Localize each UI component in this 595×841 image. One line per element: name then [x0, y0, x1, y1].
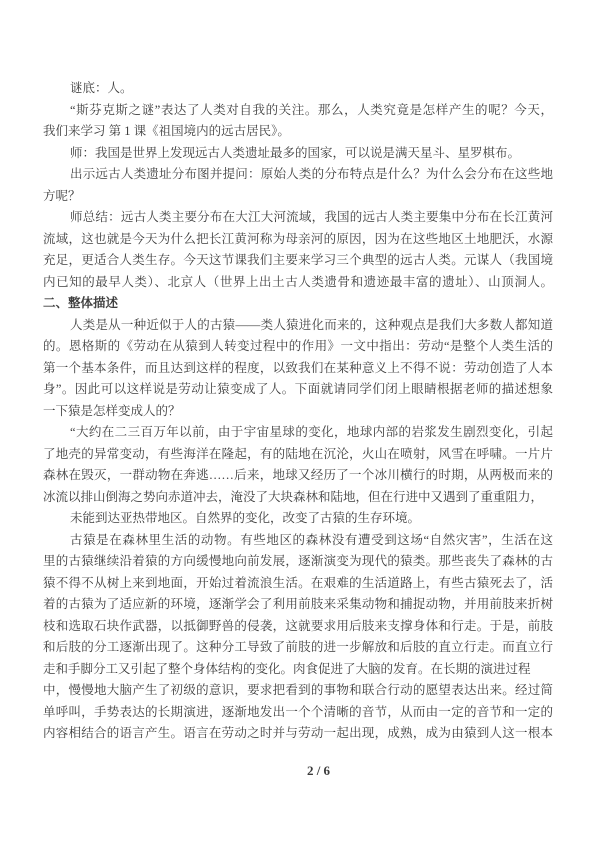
- text-line: 中，慢慢地大脑产生了初级的意识，要求把看到的事物和联合行动的愿望表达出来。经过简: [43, 680, 553, 702]
- text-line: 充足，更适合人类生存。今天这节课我们主要来学习三个典型的远古人类。元谋人（我国境: [43, 250, 553, 272]
- page-number: 2 / 6: [307, 763, 330, 778]
- text-line: 师总结：远古人类主要分布在大江大河流域，我国的远古人类主要集中分布在长江黄河: [43, 207, 553, 229]
- text-line: 里的古猿继续沿着猿的方向缓慢地向前发展，逐渐演变为现代的猿类。那些丧失了森林的古: [43, 551, 553, 573]
- text-line: 方呢？: [43, 186, 553, 208]
- text-line: 未能到达亚热带地区。自然界的变化，改变了古猿的生存环境。: [43, 508, 553, 530]
- text-line: 古猿是在森林里生活的动物。有些地区的森林没有遭受到这场“自然灾害”，生活在这: [43, 530, 553, 552]
- text-line: 冰流以排山倒海之势向赤道冲去，淹没了大块森林和陆地，但在行进中又遇到了重重阻力，: [43, 487, 553, 509]
- page-footer: 2 / 6: [21, 763, 595, 779]
- text-line: 人类是从一种近似于人的古猿——类人猿进化而来的，这种观点是我们大多数人都知道: [43, 315, 553, 337]
- text-line: 走和手脚分工又引起了整个身体结构的变化。肉食促进了大脑的发育。在长期的演进过程: [43, 659, 553, 681]
- text-line: 了地壳的异常变动，有些海洋在隆起，有的陆地在沉沦，火山在喷射，风雪在呼啸。一片片: [43, 444, 553, 466]
- text-line: 内容相结合的语言产生。语言在劳动之时并与劳动一起出现，成熟，成为由猿到人这一根本: [43, 723, 553, 745]
- text-line: 枝和选取石块作武器，以抵御野兽的侵袭，这就要求用后肢来支撑身体和行走。于是，前肢: [43, 616, 553, 638]
- text-line: 我们来学习 第 1 课《祖国境内的远古居民》。: [43, 121, 553, 143]
- text-line: 师：我国是世界上发现远古人类遗址最多的国家，可以说是满天星斗、星罗棋布。: [43, 143, 553, 165]
- text-line: “大约在二三百万年以前，由于宇宙星球的变化，地球内部的岩浆发生剧烈变化，引起: [43, 422, 553, 444]
- text-line: 和后肢的分工逐渐出现了。这种分工导致了前肢的进一步解放和后肢的直立行走。而直立行: [43, 637, 553, 659]
- text-line: 单呼叫，手势表达的长期演进，逐渐地发出一个个清晰的音节，从而由一定的音节和一定的: [43, 702, 553, 724]
- section-heading: 二、整体描述: [43, 293, 553, 315]
- text-line: 身”。因此可以这样说是劳动让猿变成了人。下面就请同学们闭上眼睛根据老师的描述想象: [43, 379, 553, 401]
- text-line: 着的古猿为了适应新的环境，逐渐学会了利用前肢来采集动物和捕捉动物，并用前肢来折树: [43, 594, 553, 616]
- text-line: “斯芬克斯之谜”表达了人类对自我的关注。那么，人类究竟是怎样产生的呢？今天，: [43, 100, 553, 122]
- text-body: 谜底：人。“斯芬克斯之谜”表达了人类对自我的关注。那么，人类究竟是怎样产生的呢？…: [43, 78, 553, 745]
- text-line: 一下猿是怎样变成人的？: [43, 401, 553, 423]
- text-line: 的。恩格斯的《劳动在从猿到人转变过程中的作用》一文中指出：劳动“是整个人类生活的: [43, 336, 553, 358]
- text-line: 谜底：人。: [43, 78, 553, 100]
- document-page: 谜底：人。“斯芬克斯之谜”表达了人类对自我的关注。那么，人类究竟是怎样产生的呢？…: [0, 0, 595, 841]
- text-line: 内已知的最早人类）、北京人（世界上出土古人类遗骨和遗迹最丰富的遗址）、山顶洞人。: [43, 272, 553, 294]
- text-line: 猿不得不从树上来到地面，开始过着流浪生活。在艰难的生活道路上，有些古猿死去了，活: [43, 573, 553, 595]
- text-line: 出示远古人类遗址分布图并提问：原始人类的分布特点是什么？为什么会分布在这些地: [43, 164, 553, 186]
- text-line: 流域，这也就是今天为什么把长江黄河称为母亲河的原因，因为在这些地区土地肥沃，水源: [43, 229, 553, 251]
- text-line: 森林在毁灭，一群动物在奔逃……后来，地球又经历了一个冰川横行的时期，从两极而来的: [43, 465, 553, 487]
- text-line: 第一个基本条件，而且达到这样的程度，以致我们在某种意义上不得不说：劳动创造了人本: [43, 358, 553, 380]
